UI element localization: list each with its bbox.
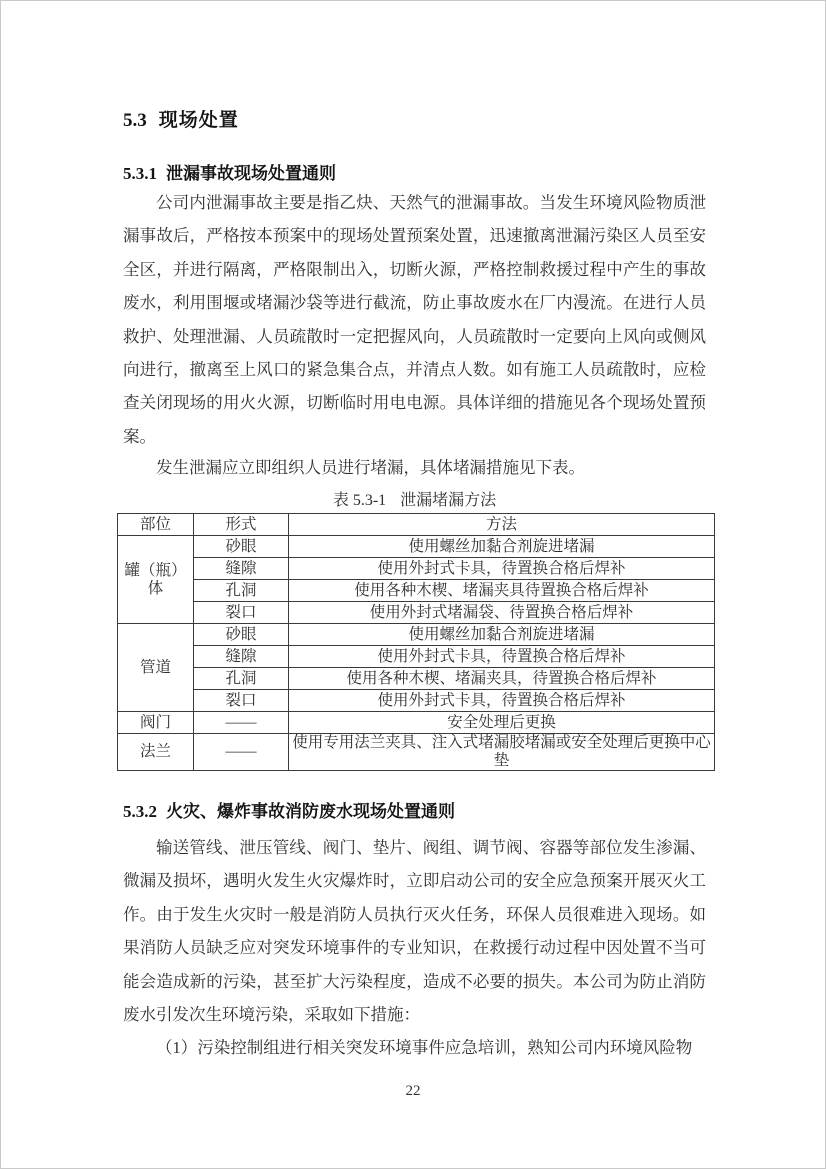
table-header-form: 形式 <box>194 514 289 536</box>
paragraph-fire-general: 输送管线、泄压管线、阀门、垫片、阀组、调节阀、容器等部位发生渗漏、微漏及损坏，遇… <box>123 831 706 1031</box>
table-cell-form: 缝隙 <box>194 558 289 580</box>
table-cell-method: 使用外封式卡具，待置换合格后焊补 <box>289 646 715 668</box>
table-cell-method: 使用各种木楔、堵漏夹具待置换合格后焊补 <box>289 580 715 602</box>
table-cell-method: 使用螺丝加黏合剂旋进堵漏 <box>289 536 715 558</box>
table-row: 罐（瓶）体 砂眼 使用螺丝加黏合剂旋进堵漏 <box>118 536 715 558</box>
table-row: 孔洞 使用各种木楔、堵漏夹具，待置换合格后焊补 <box>118 668 715 690</box>
table-row: 缝隙 使用外封式卡具，待置换合格后焊补 <box>118 558 715 580</box>
section-number: 5.3 <box>123 110 147 131</box>
table-cell-method: 使用各种木楔、堵漏夹具，待置换合格后焊补 <box>289 668 715 690</box>
paragraph-leak-general: 公司内泄漏事故主要是指乙炔、天然气的泄漏事故。当发生环境风险物质泄漏事故后，严格… <box>123 186 706 453</box>
table-caption-number: 表 5.3-1 <box>333 492 386 509</box>
table-cell-form: —— <box>194 734 289 771</box>
leak-plugging-methods-table: 部位 形式 方法 罐（瓶）体 砂眼 使用螺丝加黏合剂旋进堵漏 缝隙 使用外封式卡… <box>117 513 715 771</box>
section-heading-5-3-1: 5.3.1泄漏事故现场处置通则 <box>123 159 336 184</box>
table-cell-form: 孔洞 <box>194 580 289 602</box>
section-title: 火灾、爆炸事故消防废水现场处置通则 <box>166 802 455 821</box>
table-cell-method: 使用外封式卡具，待置换合格后焊补 <box>289 690 715 712</box>
table-caption: 表 5.3-1泄漏堵漏方法 <box>123 487 706 510</box>
section-title: 泄漏事故现场处置通则 <box>166 164 336 183</box>
table-cell-part: 罐（瓶）体 <box>118 536 194 624</box>
paragraph-leak-table-intro: 发生泄漏应立即组织人员进行堵漏，具体堵漏措施见下表。 <box>123 451 706 484</box>
table-row: 裂口 使用外封式堵漏袋、待置换合格后焊补 <box>118 602 715 624</box>
table-cell-part: 管道 <box>118 624 194 712</box>
table-cell-method: 使用外封式卡具，待置换合格后焊补 <box>289 558 715 580</box>
table-header-method: 方法 <box>289 514 715 536</box>
table-caption-title: 泄漏堵漏方法 <box>400 492 496 509</box>
section-heading-5-3-2: 5.3.2火灾、爆炸事故消防废水现场处置通则 <box>123 797 455 822</box>
table-row: 裂口 使用外封式卡具，待置换合格后焊补 <box>118 690 715 712</box>
section-title: 现场处置 <box>159 110 239 131</box>
table-cell-method: 安全处理后更换 <box>289 712 715 734</box>
document-page: 5.3现场处置 5.3.1泄漏事故现场处置通则 公司内泄漏事故主要是指乙炔、天然… <box>0 0 826 1169</box>
section-heading-5-3: 5.3现场处置 <box>123 105 239 132</box>
table-cell-form: 缝隙 <box>194 646 289 668</box>
table-cell-part: 法兰 <box>118 734 194 771</box>
paragraph-measure-item-1: （1）污染控制组进行相关突发环境事件应急培训，熟知公司内环境风险物 <box>123 1031 706 1064</box>
table-row: 孔洞 使用各种木楔、堵漏夹具待置换合格后焊补 <box>118 580 715 602</box>
table-cell-method: 使用螺丝加黏合剂旋进堵漏 <box>289 624 715 646</box>
table-cell-part: 阀门 <box>118 712 194 734</box>
table-header-part: 部位 <box>118 514 194 536</box>
table-cell-form: 砂眼 <box>194 624 289 646</box>
table-cell-method: 使用专用法兰夹具、注入式堵漏胶堵漏或安全处理后更换中心垫 <box>289 734 715 771</box>
page-number: 22 <box>1 1083 825 1100</box>
table-row: 阀门 —— 安全处理后更换 <box>118 712 715 734</box>
section-number: 5.3.1 <box>123 164 157 183</box>
table-cell-form: 裂口 <box>194 602 289 624</box>
table-cell-form: —— <box>194 712 289 734</box>
section-number: 5.3.2 <box>123 802 157 821</box>
table-header-row: 部位 形式 方法 <box>118 514 715 536</box>
table-cell-form: 裂口 <box>194 690 289 712</box>
table-cell-method: 使用外封式堵漏袋、待置换合格后焊补 <box>289 602 715 624</box>
table-cell-form: 孔洞 <box>194 668 289 690</box>
table-row: 法兰 —— 使用专用法兰夹具、注入式堵漏胶堵漏或安全处理后更换中心垫 <box>118 734 715 771</box>
table-row: 管道 砂眼 使用螺丝加黏合剂旋进堵漏 <box>118 624 715 646</box>
table-cell-form: 砂眼 <box>194 536 289 558</box>
table-row: 缝隙 使用外封式卡具，待置换合格后焊补 <box>118 646 715 668</box>
